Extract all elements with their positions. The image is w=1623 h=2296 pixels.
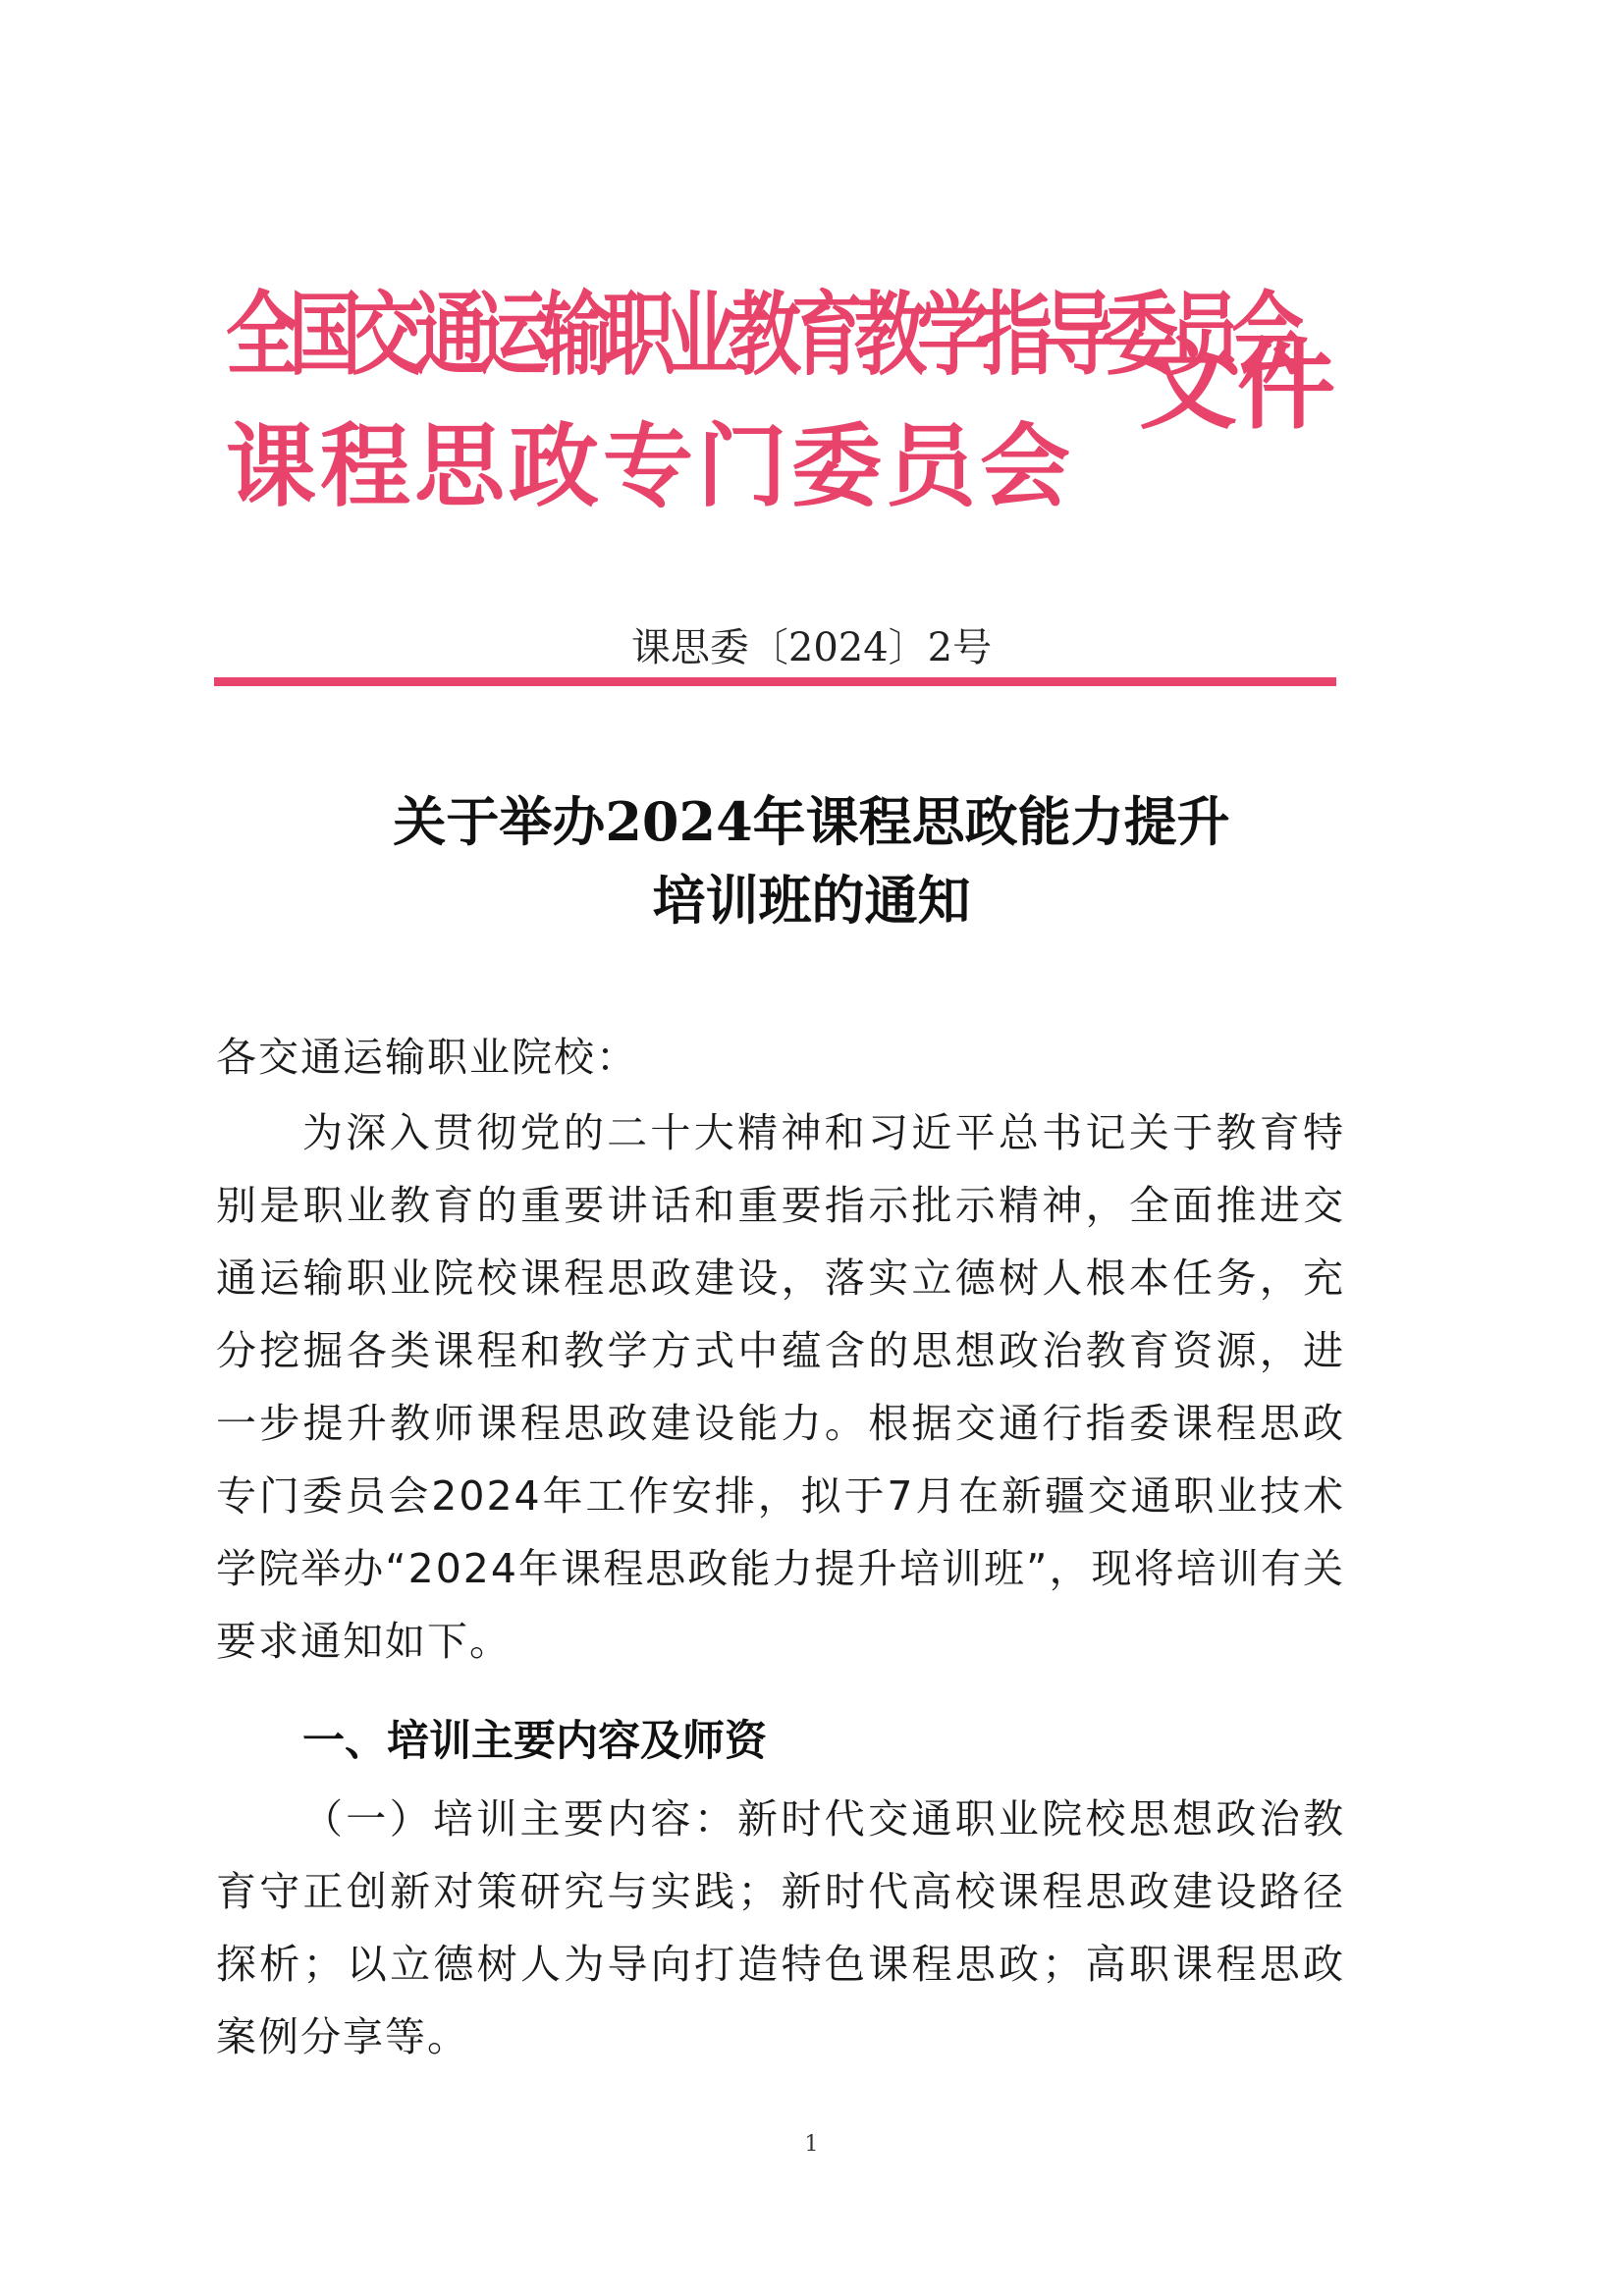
letterhead-org-line1: 全国交通运输职业教育教学指导委员会: [226, 263, 1294, 394]
letterhead-org-line2: 课程思政专门委员会: [226, 395, 1074, 524]
section-item: （一）培训主要内容：新时代交通职业院校思想政治教育守正创新对策研究与实践；新时代…: [216, 1783, 1345, 2073]
page-number: 1: [0, 2132, 1623, 2157]
red-divider-line: [214, 677, 1336, 686]
document-page: 全国交通运输职业教育教学指导委员会 课程思政专门委员会 文件 课思委〔2024〕…: [0, 0, 1623, 2296]
document-number: 课思委〔2024〕2号: [0, 616, 1623, 672]
section-heading: 一、培训主要内容及师资: [302, 1708, 767, 1768]
salutation: 各交通运输职业院校：: [216, 1021, 1345, 1094]
intro-paragraph: 为深入贯彻党的二十大精神和习近平总书记关于教育特别是职业教育的重要讲话和重要指示…: [216, 1096, 1345, 1678]
document-title-line2: 培训班的通知: [0, 859, 1623, 934]
letterhead-doc-word: 文件: [1139, 306, 1335, 448]
document-title-line1: 关于举办2024年课程思政能力提升: [0, 780, 1623, 856]
